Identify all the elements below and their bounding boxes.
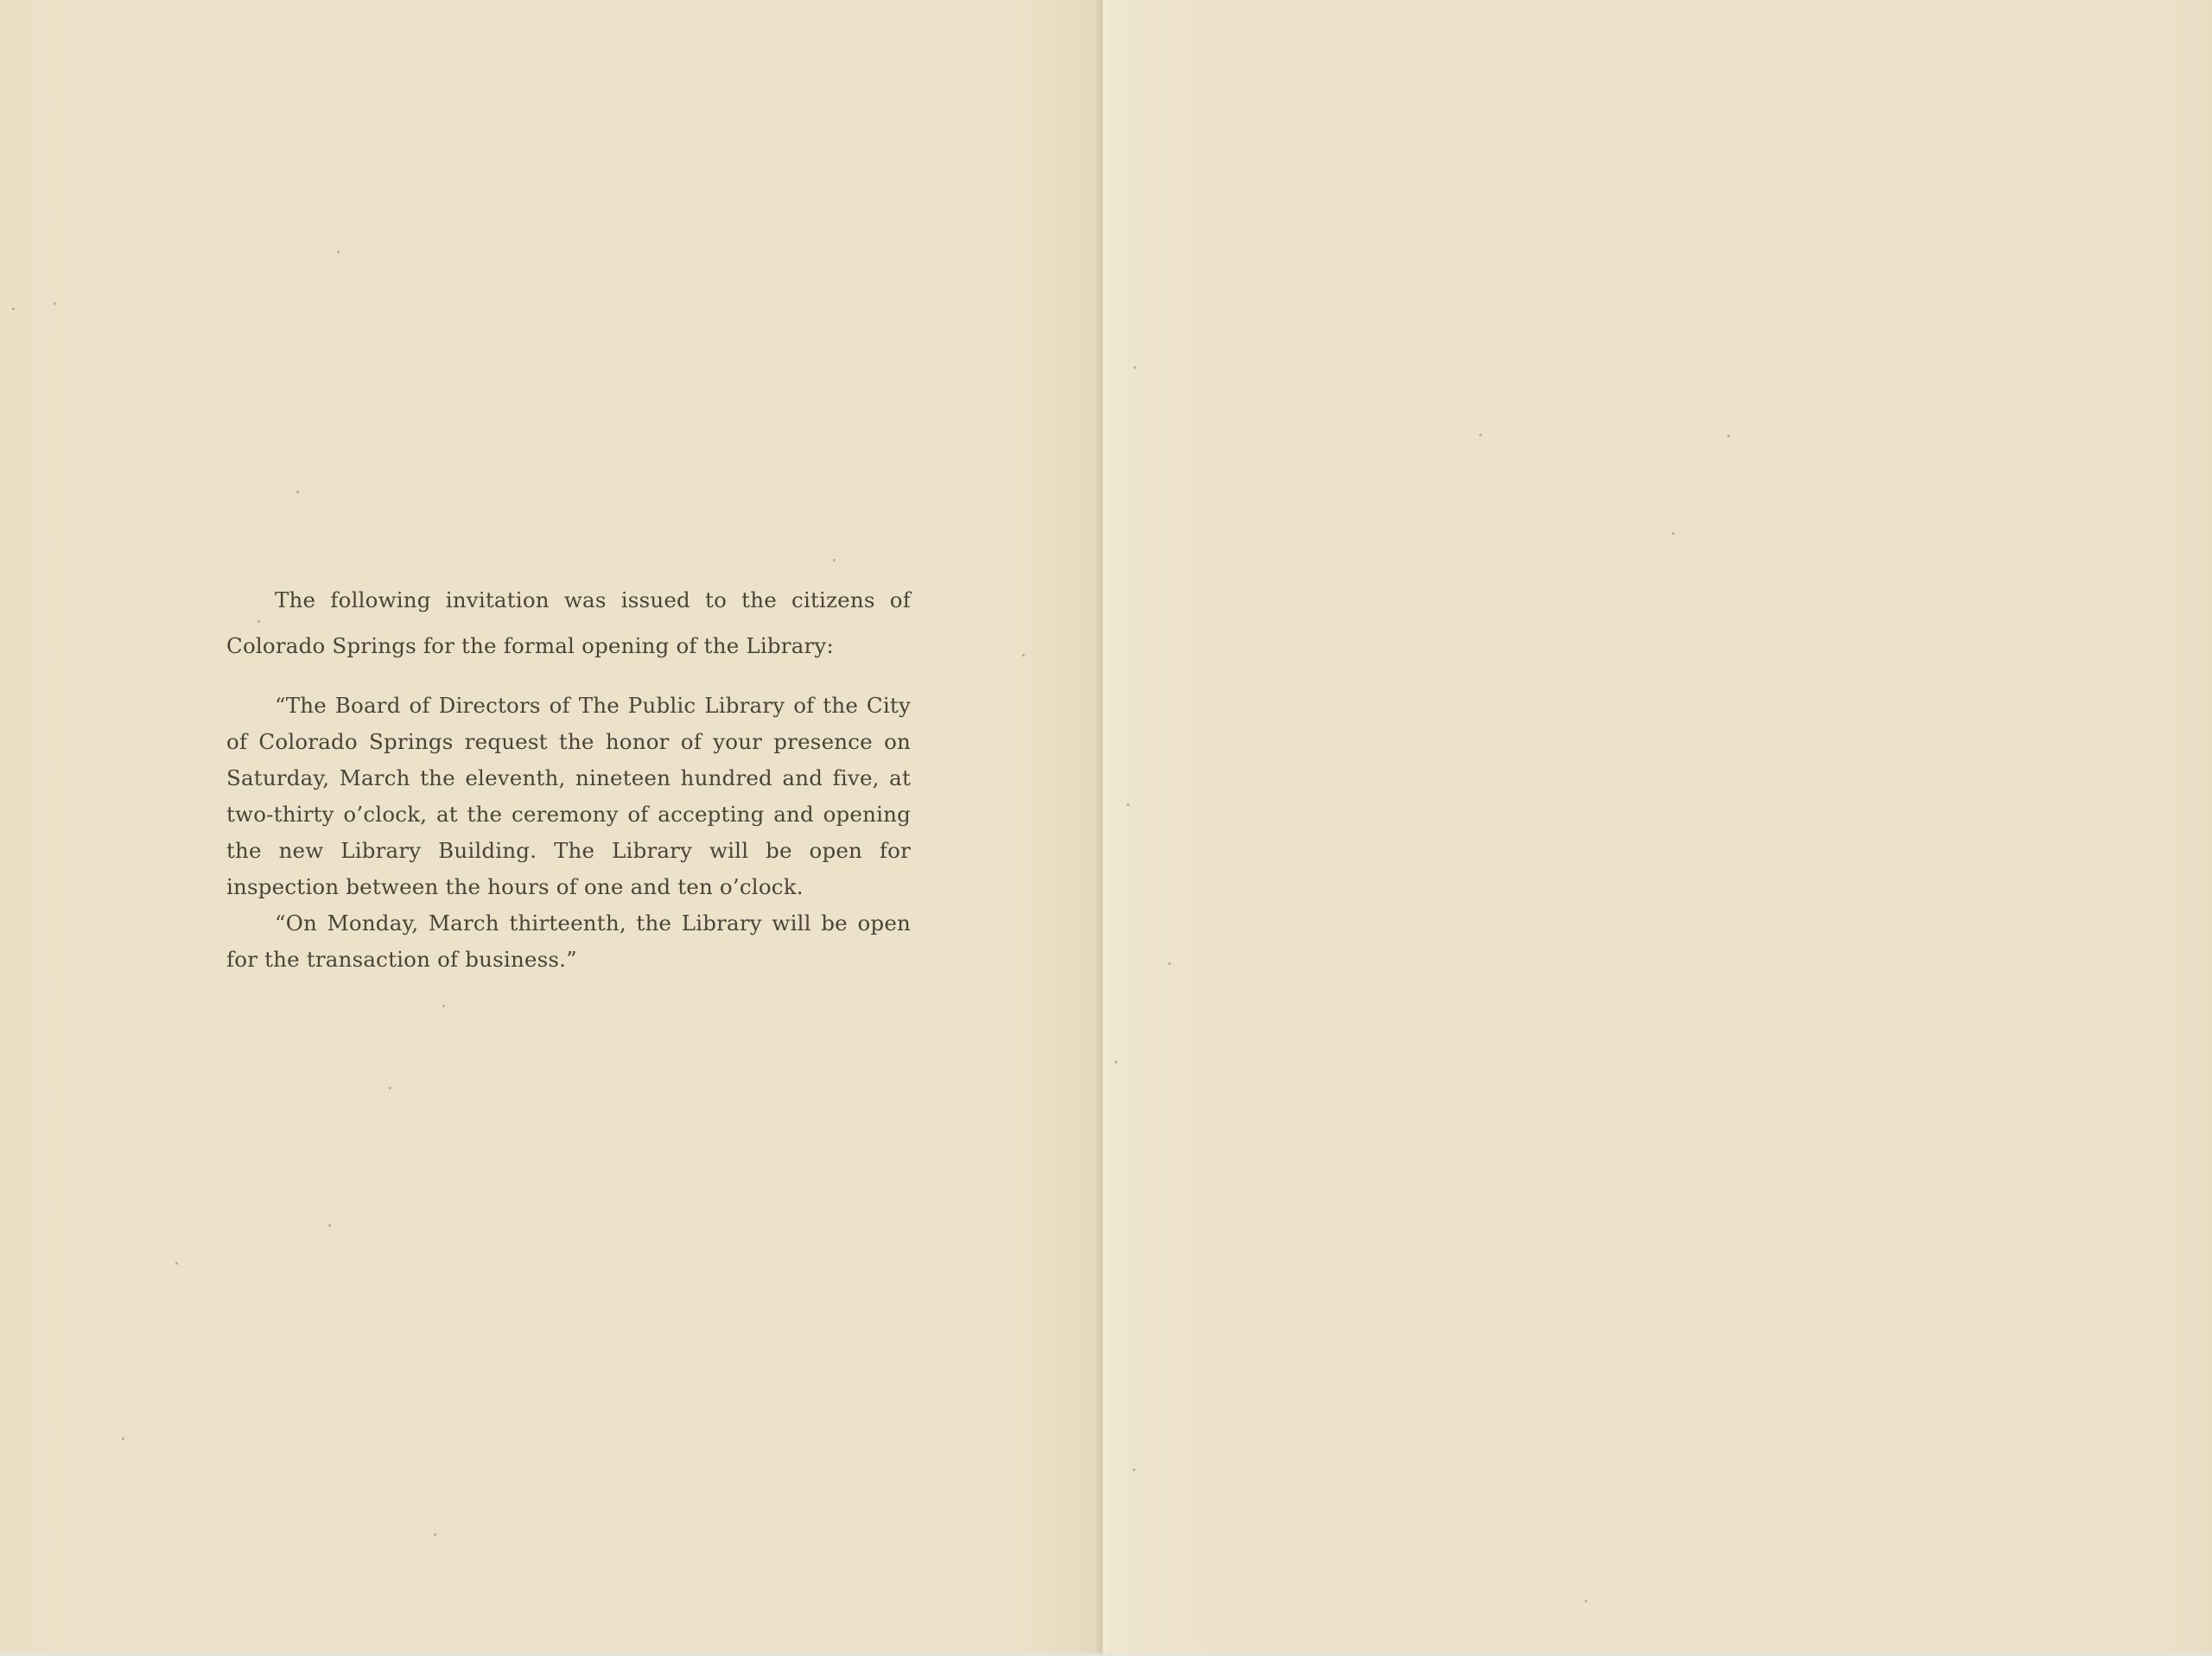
invitation-quote-paragraph: “The Board of Directors of The Public Li… [226, 688, 911, 905]
left-page: The following invitation was issued to t… [0, 0, 1103, 1656]
paper-speck [1022, 654, 1025, 657]
page-bottom-edge [0, 1651, 2212, 1656]
business-opening-quote-paragraph: “On Monday, March thirteenth, the Librar… [226, 905, 911, 978]
paper-speck [1585, 1600, 1587, 1602]
paper-speck [122, 1437, 124, 1440]
paper-speck [337, 251, 340, 253]
paper-speck [1115, 1061, 1117, 1063]
paper-speck [296, 491, 299, 493]
paper-speck [1479, 434, 1482, 436]
paper-speck [1672, 532, 1675, 535]
book-gutter-fold [1096, 0, 1111, 1656]
paper-speck [434, 1533, 436, 1536]
paper-speck [442, 1005, 445, 1007]
paper-speck [389, 1087, 391, 1089]
book-spread: The following invitation was issued to t… [0, 0, 2212, 1656]
paper-speck [175, 1262, 178, 1265]
intro-paragraph: The following invitation was issued to t… [226, 577, 911, 669]
paper-speck [1168, 962, 1171, 965]
paper-speck [257, 620, 260, 623]
right-page: At the hour announced for the opening of… [1103, 0, 2212, 1656]
paper-speck [1134, 366, 1136, 369]
paper-speck [328, 1224, 331, 1227]
paper-speck [833, 559, 836, 562]
paper-speck [54, 302, 56, 305]
paper-speck [1133, 1469, 1135, 1471]
paper-speck [1127, 803, 1129, 806]
paper-speck [12, 308, 15, 310]
left-page-text-block: The following invitation was issued to t… [226, 577, 911, 978]
paper-speck [1727, 435, 1730, 437]
